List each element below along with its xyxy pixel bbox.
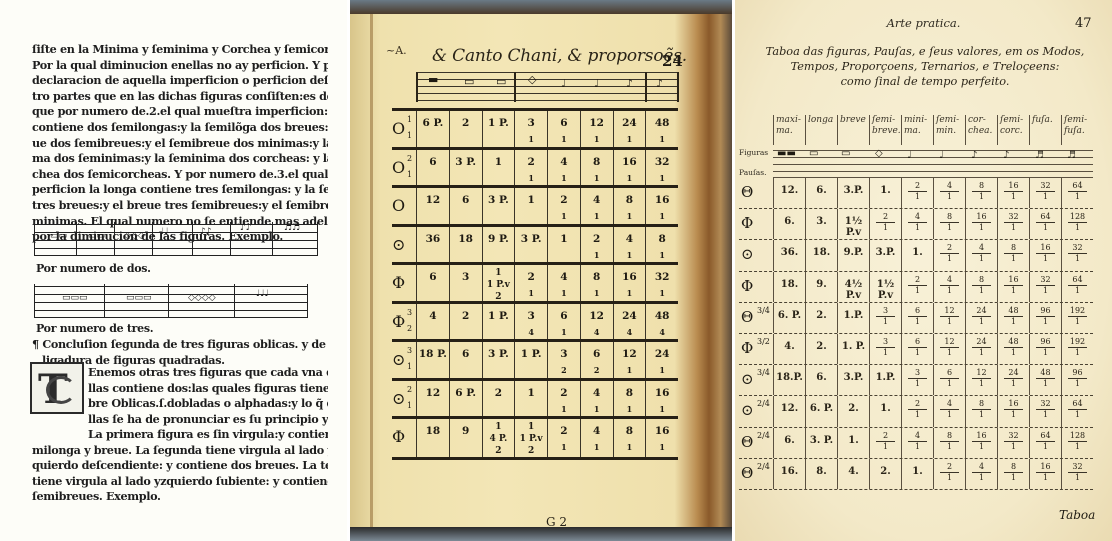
table-cell: 1 [514,188,547,224]
text-line: que por numero de.2.el qual mueſtra impe… [32,104,328,120]
table-cell: 21 [514,265,547,301]
table-cell: 321 [997,209,1029,239]
table-cell: 1921 [1061,303,1093,333]
table-cell: 81 [965,272,997,302]
mensuration-sign: Θ3/4 [739,303,773,333]
decorated-initial-letter: T [30,362,84,414]
table-cell: 1.P. [837,303,869,333]
table-row: ⊙ 36 18 9 P. 3 P. 1 21 41 81 [392,224,678,263]
text-line: bre Oblicas.ſ.dobladas o alphadas:y lo q… [88,396,328,412]
table-cell: 12. [773,178,805,208]
table-cell: 12 [416,381,449,417]
minima-note-icon: ♩ [561,78,566,89]
table-cell: 244 [613,304,646,340]
table-cell: 81 [580,265,613,301]
table-cell: 61 [547,111,580,147]
text-line: tres breues:y el breue tres ſemibreues:y… [32,198,328,214]
longa-note-icon: ▭ [809,148,818,159]
table-cell: 2. [869,459,901,489]
table-cell: 41 [901,428,933,458]
table-row: ⊙21 12 6 P. 2 1 21 41 81 161 [392,378,678,417]
table-cell: 121 [580,111,613,147]
table-cell: 21 [547,188,580,224]
table-cell: 9. [805,272,837,302]
table-cell: 81 [965,178,997,208]
caption-numero-dos: Por numero de dos. [36,262,151,275]
table-cell: 31 [901,365,933,395]
table-cell: 1. [869,396,901,426]
table-cell: 321 [645,150,678,186]
table-cell: 1. [837,428,869,458]
table-cell: 41 [933,178,965,208]
table-cell: 641 [1029,209,1061,239]
table-cell: 4½ P.v [837,272,869,302]
table-cell: 12 [416,188,449,224]
text-line: ue dos ſemibreues:y el ſemibreue dos min… [32,136,328,152]
longa-notes-icon: ▭▭ [50,232,67,241]
column-header: ſemi-fuſa. [1061,115,1093,145]
table-cell: 31 [514,111,547,147]
maxima-note-icon: ▬ [428,74,438,85]
row-label-rests: Pauſas. [739,168,767,177]
values-table: Θ 12. 6. 3.P. 1. 21 41 81 161 321 641 Φ … [739,178,1093,490]
table-row: ⊙31 18 P. 6 3 P. 1 P. 32 62 121 241 [392,339,678,378]
table-cell: 1. [869,178,901,208]
table-cell: 161 [645,381,678,417]
column-header: cor-chea. [965,115,997,145]
mensuration-sign: Ф32 [392,304,416,340]
table-cell: 961 [1061,365,1093,395]
table-cell: 1 P. [482,111,515,147]
table-row: Θ2/4 16. 8. 4. 2. 1. 21 41 81 161 321 [739,459,1093,490]
table-cell: 41 [547,150,580,186]
table-cell: 3. [805,209,837,239]
table-row: ⊙3/4 18.P. 6. 3.P. 1.P. 31 61 121 241 48… [739,365,1093,396]
book-edge-bottom [350,527,732,541]
table-cell: 6. [805,178,837,208]
table-cell: 6 [449,188,482,224]
table-cell: 18 [449,227,482,263]
table-cell: 3.P. [869,240,901,270]
table-cell: 241 [965,334,997,364]
text-line: milonga y breue. La ſegunda tiene virgul… [32,443,328,459]
table-cell: 6 P. [449,381,482,417]
mensuration-sign: Φ [739,272,773,302]
page-number: 47 [1075,16,1092,31]
text-line: quierdo deſcendiente: y contiene dos bre… [32,458,328,474]
text-line: La primera figura es ſin virgula:y conti… [32,427,328,443]
longa-note-icon: ▭ [464,76,474,87]
table-cell: 1 P. [514,342,547,378]
table-cell: 641 [1061,272,1093,302]
page-gutter [370,14,373,527]
table-cell: 81 [580,150,613,186]
column-header: fuſa. [1029,115,1061,145]
table-cell: 3.P. [837,365,869,395]
table-cell: 6. [805,365,837,395]
table-cell: 18. [773,272,805,302]
table-cell: 161 [997,396,1029,426]
minima-note-icon: ♩ [907,150,912,161]
table-row: Φ 6. 3. 1½ P.v 21 41 81 161 321 641 1281 [739,209,1093,240]
table-cell: 2 [482,381,515,417]
catchword: Taboa [1059,508,1095,522]
mensuration-sign: Θ2/4 [739,459,773,489]
table-cell: 2 [449,111,482,147]
table-cell: 641 [1061,396,1093,426]
table-cell: 124 [580,304,613,340]
table-cell: 31 [869,334,901,364]
table-cell: 81 [933,428,965,458]
table-cell: 481 [645,111,678,147]
paragraph-oblique-figures: Enemos otras tres figuras que cada vna d… [88,365,328,427]
mensuration-sign: Φ [739,209,773,239]
table-cell: 161 [997,272,1029,302]
table-cell: 21 [933,459,965,489]
semibreve-notes-icon: ◇◇◇◇ [188,294,216,303]
table-cell: 6. [773,428,805,458]
table-cell: 484 [645,304,678,340]
table-row: Θ 12. 6. 3.P. 1. 21 41 81 161 321 641 [739,178,1093,209]
breve-note-icon: ▭ [496,76,506,87]
table-cell: 81 [933,209,965,239]
table-cell: 2. [805,334,837,364]
middle-page-canto-chao: ~A. & Canto Chani, & proporsoẽs. 24 ▬ ▭ … [350,0,732,541]
heading-line: Tempos, Proporçoens, Ternarios, e Treloç… [765,59,1085,74]
paragraph-diminution: ſiſte en la Minima y ſeminima y Corchea … [32,42,328,245]
table-cell: 4. [773,334,805,364]
table-cell: 8. [805,459,837,489]
table-cell: 21 [901,178,933,208]
mensuration-sign: Φ3/2 [739,334,773,364]
table-cell: 3 [449,265,482,301]
table-row: O 12 6 3 P. 1 21 41 81 161 [392,185,678,224]
text-line: ſiſte en la Minima y ſeminima y Corchea … [32,42,328,58]
table-cell: 41 [933,272,965,302]
table-cell: 121 [965,365,997,395]
table-row: ⊙2/4 12. 6. P. 2. 1. 21 41 81 161 321 64… [739,396,1093,427]
table-cell: 321 [1061,240,1093,270]
table-cell: 6 [416,265,449,301]
running-head: Arte pratica. [735,16,1112,30]
table-heading: Tabоa das figuras, Pauſas, e ſeus valore… [765,44,1085,89]
table-cell: 161 [613,150,646,186]
table-cell: 481 [997,303,1029,333]
table-cell: 961 [1029,334,1061,364]
table-cell: 3 P. [449,150,482,186]
table-cell: 1½ P.v [869,272,901,302]
table-cell: 21 [547,381,580,417]
table-cell: 241 [613,111,646,147]
text-line: chea dos ſemicorcheas. Y por numero de.3… [32,167,328,183]
left-page-spanish-treatise: ſiſte en la Minima y ſeminima y Corchea … [0,0,347,541]
text-line: llas ſe ha de pronunciar es ſu principio… [88,412,328,428]
semicorchea-note-icon: ♪ [1003,150,1009,161]
table-cell: 81 [613,188,646,224]
table-cell: 161 [645,188,678,224]
table-cell: 641 [1029,428,1061,458]
ornament-icon [46,376,76,404]
table-cell: 161 [965,428,997,458]
semibreve-notes-icon: ◇◇◇ [124,232,145,241]
mensuration-sign: Θ [739,178,773,208]
table-cell: 1. P. [837,334,869,364]
column-header: breve [837,115,869,145]
seminima-note-icon: ♩ [594,78,599,89]
mensuration-sign: ⊙3/4 [739,365,773,395]
table-cell: 961 [1029,303,1061,333]
table-cell: 18 [416,419,449,457]
corchea-note-icon: ♪ [971,150,977,161]
fusa-note-icon: ♬ [1035,150,1044,161]
heading-line: Tabоa das figuras, Pauſas, e ſeus valore… [765,44,1085,59]
right-page-arte-pratica: Arte pratica. 47 Tabоa das figuras, Pauſ… [735,0,1112,541]
table-cell: 41 [901,209,933,239]
caption-numero-tres: Por numero de tres. [36,322,153,335]
row-label-figures: Figuras [739,148,768,157]
table-cell: 3.P. [837,178,869,208]
corchea-note-icon: ♪ [626,78,633,89]
table-cell: 81 [613,419,646,457]
table-cell: 36 [416,227,449,263]
table-cell: 481 [1029,365,1061,395]
table-cell: 16. [773,459,805,489]
table-cell: 121 [933,334,965,364]
table-cell: 81 [613,381,646,417]
text-line: contiene dos ſemilongas:y la ſemilõga do… [32,120,328,136]
corchea-notes-icon: ♪♪ [240,224,252,233]
table-cell: 6. P. [805,396,837,426]
table-cell: 321 [1061,459,1093,489]
semifusa-note-icon: ♬ [1067,150,1076,161]
table-cell: 41 [580,381,613,417]
table-cell: 6 [416,150,449,186]
table-cell: 161 [997,178,1029,208]
minima-notes-icon: ♩♩ [160,228,169,237]
mensuration-sign: ⊙ [392,227,416,263]
figures-and-rests-staff: ▬▬ ▭ ▭ ◇ ♩ ♩ ♪ ♪ ♬ ♬ [773,148,1093,178]
table-cell: 21 [580,227,613,263]
mensuration-sign: ⊙ [739,240,773,270]
maxima-note-icon: ▬▬ [777,148,796,159]
heading-line: como ſinal de tempo perfeito. [765,74,1085,89]
table-row: Ф32 4 2 1 P. 34 61 124 244 484 [392,301,678,340]
text-line: declaracion de aquella imperficion o per… [32,73,328,89]
table-cell: 161 [965,209,997,239]
table-cell: 1281 [1061,209,1093,239]
table-cell: 3 P. [514,227,547,263]
table-cell: 6. P. [773,303,805,333]
table-cell: 1. [901,240,933,270]
table-cell: 21 [869,428,901,458]
mensuration-sign: ⊙31 [392,342,416,378]
table-cell: 2. [805,303,837,333]
mensuration-sign: Φ [392,419,416,457]
table-cell: 321 [1029,396,1061,426]
table-cell: 11 P.v2 [514,419,547,457]
table-cell: 6. [773,209,805,239]
table-cell: 241 [645,342,678,378]
table-cell: 41 [580,419,613,457]
minima-notes-icon: ♩♩♩ [256,290,269,299]
mensuration-sign: O11 [392,111,416,147]
header-staff-notes: ▬ ▭ ▭ ◇ ♩ ♩ ♪ ♪ [416,72,678,102]
table-cell: 3 P. [482,188,515,224]
table-cell: 81 [997,459,1029,489]
table-cell: 1½ P.v [837,209,869,239]
seminima-notes-icon: ♪♪ [200,228,212,237]
table-row: ⊙ 36. 18. 9.P. 3.P. 1. 21 41 81 161 321 [739,240,1093,271]
music-staff-example-three: ▭▭▭ ▭▭▭ ◇◇◇◇ ♩♩♩ [34,284,308,318]
table-row: Θ3/4 6. P. 2. 1.P. 31 61 121 241 481 961… [739,303,1093,334]
seminima-note-icon: ♩ [939,150,944,161]
table-cell: 2 [449,304,482,340]
table-cell: 36. [773,240,805,270]
table-cell: 2. [837,396,869,426]
table-cell: 41 [613,227,646,263]
page-number: 24 [662,52,683,70]
table-cell: 41 [965,459,997,489]
table-cell: 121 [613,342,646,378]
mensuration-sign: ⊙2/4 [739,396,773,426]
table-cell: 61 [901,303,933,333]
table-cell: 62 [580,342,613,378]
table-row: Φ3/2 4. 2. 1. P. 31 61 121 241 481 961 1… [739,334,1093,365]
table-cell: 9 [449,419,482,457]
table-cell: 6 [449,342,482,378]
table-cell: 81 [645,227,678,263]
table-cell: 41 [547,265,580,301]
table-cell: 14 P.2 [482,419,515,457]
table-cell: 161 [1029,459,1061,489]
table-cell: 1281 [1061,428,1093,458]
text-line: ¶ Concluſion ſegunda de tres figuras obl… [32,337,328,353]
column-headers: maxi-ma. longa breve ſemi-breve. mini-ma… [773,115,1093,145]
table-row: Θ2/4 6. 3. P. 1. 21 41 81 161 321 641 12… [739,428,1093,459]
table-cell: 21 [514,150,547,186]
table-cell: 31 [869,303,901,333]
table-cell: 4 [416,304,449,340]
paragraph-oblique-figures-cont: La primera figura es ſin virgula:y conti… [32,427,328,505]
table-cell: 241 [965,303,997,333]
table-cell: 9 P. [482,227,515,263]
table-cell: 9.P. [837,240,869,270]
table-cell: 41 [580,188,613,224]
column-header: ſemi-breve. [869,115,901,145]
mensuration-sign: ⊙21 [392,381,416,417]
table-cell: 18 P. [416,342,449,378]
page-title: & Canto Chani, & proporsoẽs. [432,46,687,66]
longa-notes-icon: ▭▭▭ [62,294,88,303]
semibreve-note-icon: ◇ [528,74,536,85]
table-cell: 21 [869,209,901,239]
table-cell: 21 [547,419,580,457]
semicorchea-notes-icon: ♬♬ [284,224,300,233]
text-line: llas contiene dos:las quales figuras tie… [88,381,328,397]
proportion-table: O11 6 P. 2 1 P. 31 61 121 241 481 O21 6 … [392,108,678,460]
table-cell: 1 [482,150,515,186]
table-cell: 3 P. [482,342,515,378]
semicorchea-note-icon: ♪ [656,78,663,89]
table-cell: 321 [1029,272,1061,302]
table-cell: 1 P. [482,304,515,340]
table-cell: 481 [997,334,1029,364]
table-cell: 4. [837,459,869,489]
table-cell: 3. P. [805,428,837,458]
table-cell: 41 [965,240,997,270]
table-row: Φ 6 3 11 P.v2 21 41 81 161 321 [392,262,678,301]
mensuration-sign: O [392,188,416,224]
table-cell: 1921 [1061,334,1093,364]
table-cell: 11 P.v2 [482,265,515,301]
column-header: ſemi-min. [933,115,965,145]
column-header: ſemi-corc. [997,115,1029,145]
table-cell: 241 [997,365,1029,395]
table-cell: 21 [901,272,933,302]
table-cell: 81 [965,396,997,426]
table-cell: 121 [933,303,965,333]
table-cell: 1 [514,381,547,417]
table-cell: 1. [901,459,933,489]
text-line: Por la qual diminucion enellas no ay per… [32,58,328,74]
book-edge-top [350,0,732,14]
table-cell: 6 P. [416,111,449,147]
semibreve-note-icon: ◇ [875,148,883,159]
table-cell: 81 [997,240,1029,270]
table-cell: 321 [997,428,1029,458]
music-staff-example-two: ▭▭ ▭▭ ◇◇◇ ♩♩ ♪♪ ♪♪ ♬♬ [34,222,318,256]
text-line: perficion la longa contiene tres ſemilon… [32,182,328,198]
text-line: ſemibreues. Exemplo. [32,489,328,505]
table-cell: 41 [933,396,965,426]
text-line: tiene virgula al lado yzquierdo ſubiente… [32,474,328,490]
table-cell: 12. [773,396,805,426]
table-cell: 61 [547,304,580,340]
table-cell: 18. [805,240,837,270]
table-cell: 161 [613,265,646,301]
column-header: maxi-ma. [773,115,805,145]
table-cell: 32 [547,342,580,378]
mensuration-sign: Φ [392,265,416,301]
table-cell: 21 [933,240,965,270]
table-cell: 321 [645,265,678,301]
table-cell: 18.P. [773,365,805,395]
column-header: mini-ma. [901,115,933,145]
table-cell: 34 [514,304,547,340]
breve-notes-icon: ▭▭ [88,232,105,241]
table-cell: 61 [933,365,965,395]
table-row: O21 6 3 P. 1 21 41 81 161 321 [392,147,678,186]
table-cell: 61 [901,334,933,364]
breve-notes-icon: ▭▭▭ [126,294,152,303]
table-row: Φ 18. 9. 4½ P.v 1½ P.v 21 41 81 161 321 … [739,272,1093,303]
table-cell: 21 [901,396,933,426]
table-cell: 321 [1029,178,1061,208]
table-cell: 161 [645,419,678,457]
text-line: Enemos otras tres figuras que cada vna d… [88,365,328,381]
breve-note-icon: ▭ [841,148,850,159]
table-cell: 1.P. [869,365,901,395]
text-line: ma dos ſeminimas:y la ſeminima dos corch… [32,151,328,167]
column-header: longa [805,115,837,145]
table-cell: 1 [547,227,580,263]
table-row: Φ 18 9 14 P.2 11 P.v2 21 41 81 161 [392,416,678,460]
table-cell: 641 [1061,178,1093,208]
mensuration-sign: Θ2/4 [739,428,773,458]
mensuration-sign: O21 [392,150,416,186]
table-cell: 161 [1029,240,1061,270]
page-mark: ~A. [386,44,407,57]
